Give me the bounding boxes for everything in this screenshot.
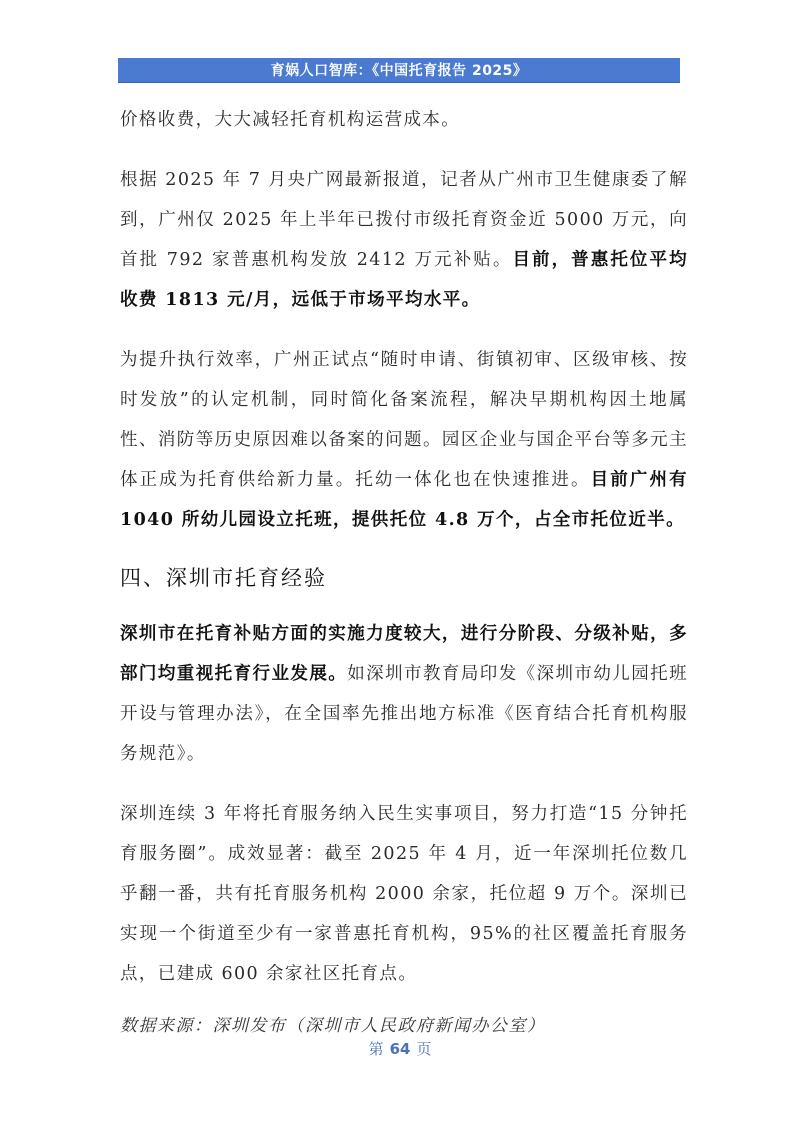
page-prefix: 第 [369, 1040, 384, 1058]
section-heading: 四、深圳市托育经验 [120, 554, 688, 602]
paragraph-fee: 价格收费，大大减轻托育机构运营成本。 [120, 100, 688, 140]
page-content: 价格收费，大大减轻托育机构运营成本。 根据 2025 年 7 月央广网最新报道，… [120, 100, 688, 1044]
page-number: 第64页 [0, 1038, 800, 1059]
paragraph-guangzhou-efficiency: 为提升执行效率，广州正试点“随时申请、街镇初审、区级审核、按时发放”的认定机制，… [120, 340, 688, 540]
paragraph-text: 为提升执行效率，广州正试点“随时申请、街镇初审、区级审核、按时发放”的认定机制，… [120, 350, 688, 490]
paragraph-guangzhou-funding: 根据 2025 年 7 月央广网最新报道，记者从广州市卫生健康委了解到，广州仅 … [120, 160, 688, 320]
report-title: 育娲人口智库：《中国托育报告 2025》 [271, 60, 528, 80]
report-header-bar: 育娲人口智库：《中国托育报告 2025》 [118, 58, 680, 83]
paragraph-shenzhen-results: 深圳连续 3 年将托育服务纳入民生实事项目，努力打造“15 分钟托育服务圈”。成… [120, 794, 688, 994]
page-number-value: 64 [390, 1040, 411, 1058]
page-suffix: 页 [416, 1040, 431, 1058]
paragraph-shenzhen-subsidy: 深圳市在托育补贴方面的实施力度较大，进行分阶段、分级补贴，多部门均重视托育行业发… [120, 614, 688, 774]
